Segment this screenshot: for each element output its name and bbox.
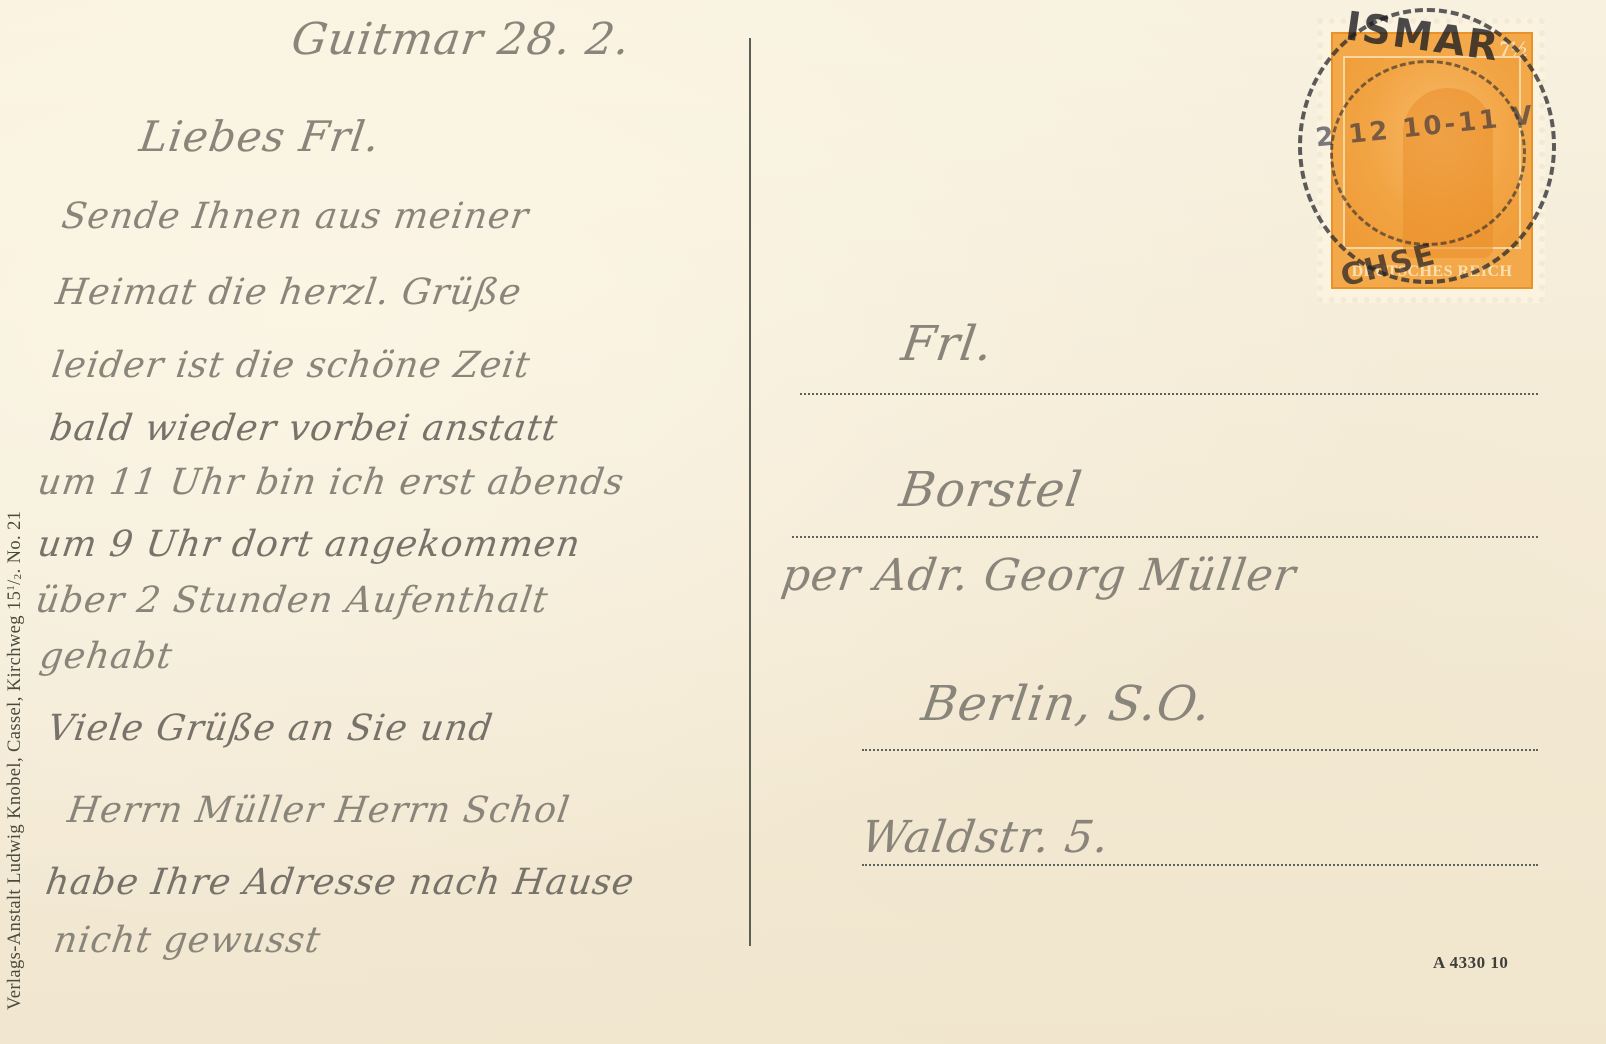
message-date: Guitmar 28. 2. — [288, 14, 633, 65]
address-line-title: Frl. — [898, 316, 997, 372]
imprint-fraction: 1/2 — [5, 573, 25, 590]
message-line: gehabt — [37, 636, 175, 677]
message-line: leider ist die schöne Zeit — [49, 345, 533, 386]
address-line-name: Borstel — [896, 462, 1086, 518]
address-rule-2 — [792, 536, 1538, 538]
message-line: über 2 Stunden Aufenthalt — [33, 580, 551, 621]
postmark-inner-ring — [1330, 60, 1526, 246]
imprint-tail: . No. 21 — [5, 511, 25, 574]
address-line-street: Waldstr. 5. — [858, 812, 1112, 863]
message-line: habe Ihre Adresse nach Hause — [43, 862, 637, 903]
message-salutation: Liebes Frl. — [137, 112, 384, 161]
address-line-care-of: per Adr. Georg Müller — [778, 550, 1299, 601]
imprint-main: Verlags-Anstalt Ludwig Knobel, Cassel, K… — [5, 591, 25, 1010]
print-code: A 4330 10 — [1433, 953, 1508, 973]
address-rule-1 — [800, 393, 1538, 395]
publisher-imprint: Verlags-Anstalt Ludwig Knobel, Cassel, K… — [5, 511, 26, 1010]
message-line: um 11 Uhr bin ich erst abends — [35, 462, 627, 503]
message-line: bald wieder vorbei anstatt — [47, 408, 560, 449]
divider-line — [749, 38, 751, 946]
message-line: Sende Ihnen aus meiner — [59, 196, 531, 237]
message-line: nicht gewusst — [51, 920, 323, 961]
postcard: Verlags-Anstalt Ludwig Knobel, Cassel, K… — [0, 0, 1606, 1044]
message-line: Herrn Müller Herrn Schol — [65, 790, 572, 831]
message-line: um 9 Uhr dort angekommen — [35, 524, 583, 565]
message-line: Heimat die herzl. Grüße — [53, 272, 524, 313]
address-rule-3 — [862, 749, 1538, 751]
message-line: Viele Grüße an Sie und — [45, 708, 496, 749]
address-line-city: Berlin, S.O. — [918, 676, 1215, 732]
address-rule-4 — [862, 864, 1538, 866]
